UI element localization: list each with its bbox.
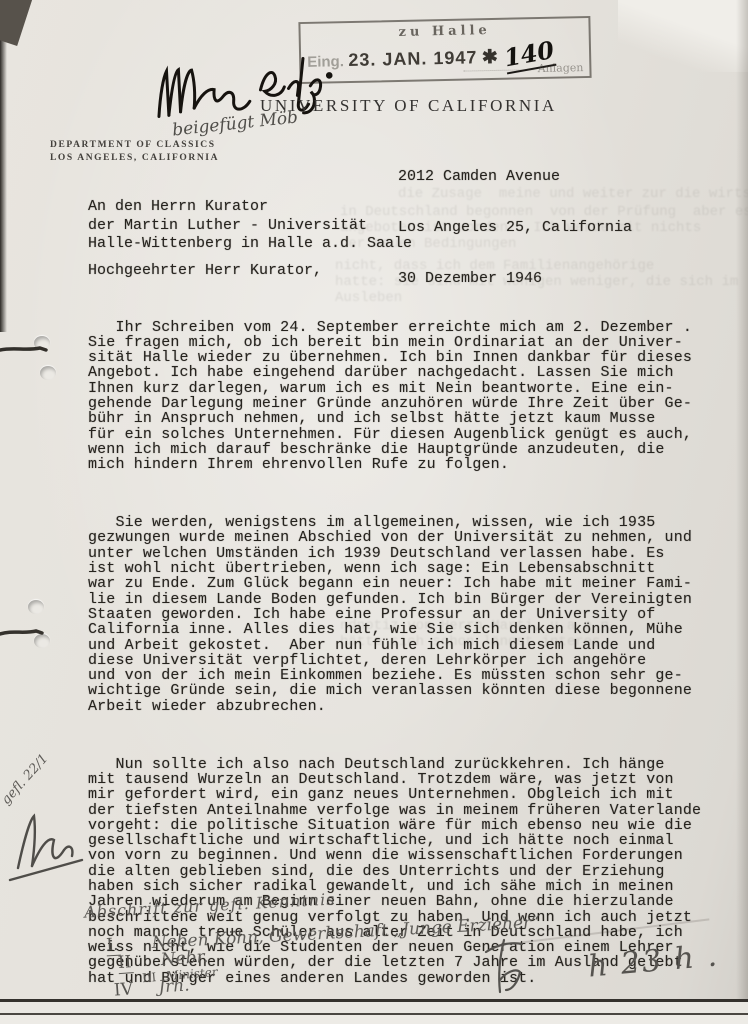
- page-edge-strip: [0, 1002, 748, 1013]
- margin-date-note: gefl. 22/1: [0, 751, 51, 807]
- stamp-fill-line: [464, 69, 534, 71]
- numeral-two: II: [117, 952, 134, 974]
- letter-date: 30 Dezember 1946: [398, 270, 632, 287]
- underlying-page-edge: [0, 1015, 748, 1024]
- sender-city: Los Angeles 25, California: [398, 219, 632, 236]
- body-paragraph-1: Ihr Schreiben vom 24. September erreicht…: [88, 320, 701, 473]
- folded-corner: [618, 0, 748, 72]
- torn-corner: [0, 0, 33, 46]
- fold-line: [0, 999, 748, 1002]
- initial-paraph-center: [478, 936, 534, 998]
- sender-street: 2012 Camden Avenue: [398, 168, 632, 185]
- department-location: LOS ANGELES, CALIFORNIA: [50, 152, 219, 165]
- received-stamp: zu Halle Eing. 23. JAN. 1947 ✱ 140 Anlag…: [298, 16, 591, 84]
- salutation: Hochgeehrter Herr Kurator,: [88, 262, 322, 279]
- binding-thread-icon: [0, 338, 52, 360]
- margin-initial-paraph: [8, 806, 90, 886]
- department-block: DEPARTMENT OF CLASSICS LOS ANGELES, CALI…: [50, 139, 219, 164]
- distribution-item-4-text: Jrh.: [158, 975, 191, 997]
- punch-hole: [28, 600, 44, 614]
- department-name: DEPARTMENT OF CLASSICS: [50, 139, 219, 152]
- body-paragraph-2: Sie werden, wenigstens im allgemeinen, w…: [88, 515, 701, 714]
- recipient-address: An den Herrn Kurator der Martin Luther -…: [88, 198, 412, 254]
- right-edge-crease: [736, 0, 748, 1024]
- binding-thread-icon: [0, 620, 46, 642]
- scan-edge-shadow: [0, 0, 7, 332]
- university-title: UNIVERSITY OF CALIFORNIA: [260, 96, 557, 116]
- stamp-enclosures-label: Anlagen: [538, 61, 584, 75]
- stamp-date: 23. JAN. 1947: [348, 47, 477, 70]
- stamp-enclosures: Anlagen: [464, 61, 584, 77]
- scanned-letter-page: die Zusage meine und weiter zur die wirt…: [0, 0, 748, 1024]
- punch-hole: [40, 366, 56, 380]
